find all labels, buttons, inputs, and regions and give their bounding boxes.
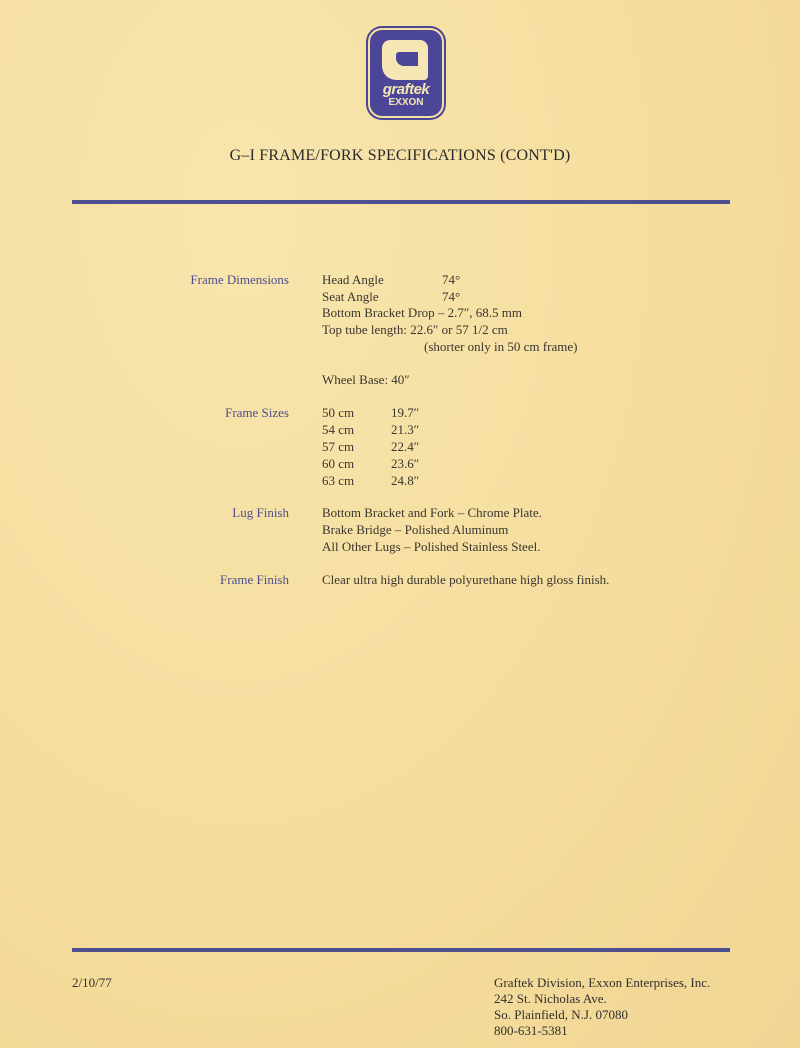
address-line: 242 St. Nicholas Ave.	[494, 991, 710, 1007]
frame-size-inches: 19.7″	[391, 405, 419, 421]
frame-size-cm: 50 cm	[322, 405, 354, 420]
address-line: So. Plainfield, N.J. 07080	[494, 1007, 710, 1023]
head-angle-label: Head Angle	[322, 272, 384, 287]
lug-finish-line: Bottom Bracket and Fork – Chrome Plate.	[322, 505, 542, 521]
frame-size-row: 57 cm22.4″	[322, 439, 354, 455]
section-label-frame-finish: Frame Finish	[74, 572, 289, 588]
frame-size-inches: 21.3″	[391, 422, 419, 438]
top-tube-length: Top tube length: 22.6″ or 57 1/2 cm	[322, 322, 508, 338]
frame-size-row: 54 cm21.3″	[322, 422, 354, 438]
frame-size-cm: 63 cm	[322, 473, 354, 488]
lug-finish-line: Brake Bridge – Polished Aluminum	[322, 522, 508, 538]
lug-finish-line: All Other Lugs – Polished Stainless Stee…	[322, 539, 540, 555]
frame-size-cm: 57 cm	[322, 439, 354, 454]
section-label-frame-sizes: Frame Sizes	[74, 405, 289, 421]
footer-address: Graftek Division, Exxon Enterprises, Inc…	[494, 975, 710, 1039]
frame-size-inches: 24.8″	[391, 473, 419, 489]
page-title: G–I FRAME/FORK SPECIFICATIONS (CONT'D)	[0, 147, 800, 165]
head-angle-value: 74°	[442, 272, 460, 288]
frame-size-row: 50 cm19.7″	[322, 405, 354, 421]
top-divider	[72, 200, 730, 204]
head-angle-row: Head Angle 74°	[322, 272, 384, 288]
seat-angle-row: Seat Angle 74°	[322, 289, 379, 305]
bottom-bracket-drop: Bottom Bracket Drop – 2.7″, 68.5 mm	[322, 305, 522, 321]
address-line: 800-631-5381	[494, 1023, 710, 1039]
frame-size-inches: 22.4″	[391, 439, 419, 455]
frame-size-inches: 23.6″	[391, 456, 419, 472]
bottom-divider	[72, 948, 730, 952]
graftek-exxon-logo: graftek EXXON	[368, 28, 444, 118]
frame-finish-text: Clear ultra high durable polyurethane hi…	[322, 572, 609, 588]
g-letter-icon	[382, 40, 428, 80]
section-label-lug-finish: Lug Finish	[74, 505, 289, 521]
wheel-base: Wheel Base: 40″	[322, 372, 410, 388]
frame-size-cm: 60 cm	[322, 456, 354, 471]
logo-sub: EXXON	[370, 98, 442, 108]
frame-size-cm: 54 cm	[322, 422, 354, 437]
address-line: Graftek Division, Exxon Enterprises, Inc…	[494, 975, 710, 991]
seat-angle-label: Seat Angle	[322, 289, 379, 304]
seat-angle-value: 74°	[442, 289, 460, 305]
logo-brand: graftek	[370, 82, 442, 97]
footer-date: 2/10/77	[72, 975, 112, 991]
frame-size-row: 60 cm23.6″	[322, 456, 354, 472]
section-label-frame-dimensions: Frame Dimensions	[74, 272, 289, 288]
top-tube-note: (shorter only in 50 cm frame)	[424, 339, 577, 355]
frame-size-row: 63 cm24.8″	[322, 473, 354, 489]
